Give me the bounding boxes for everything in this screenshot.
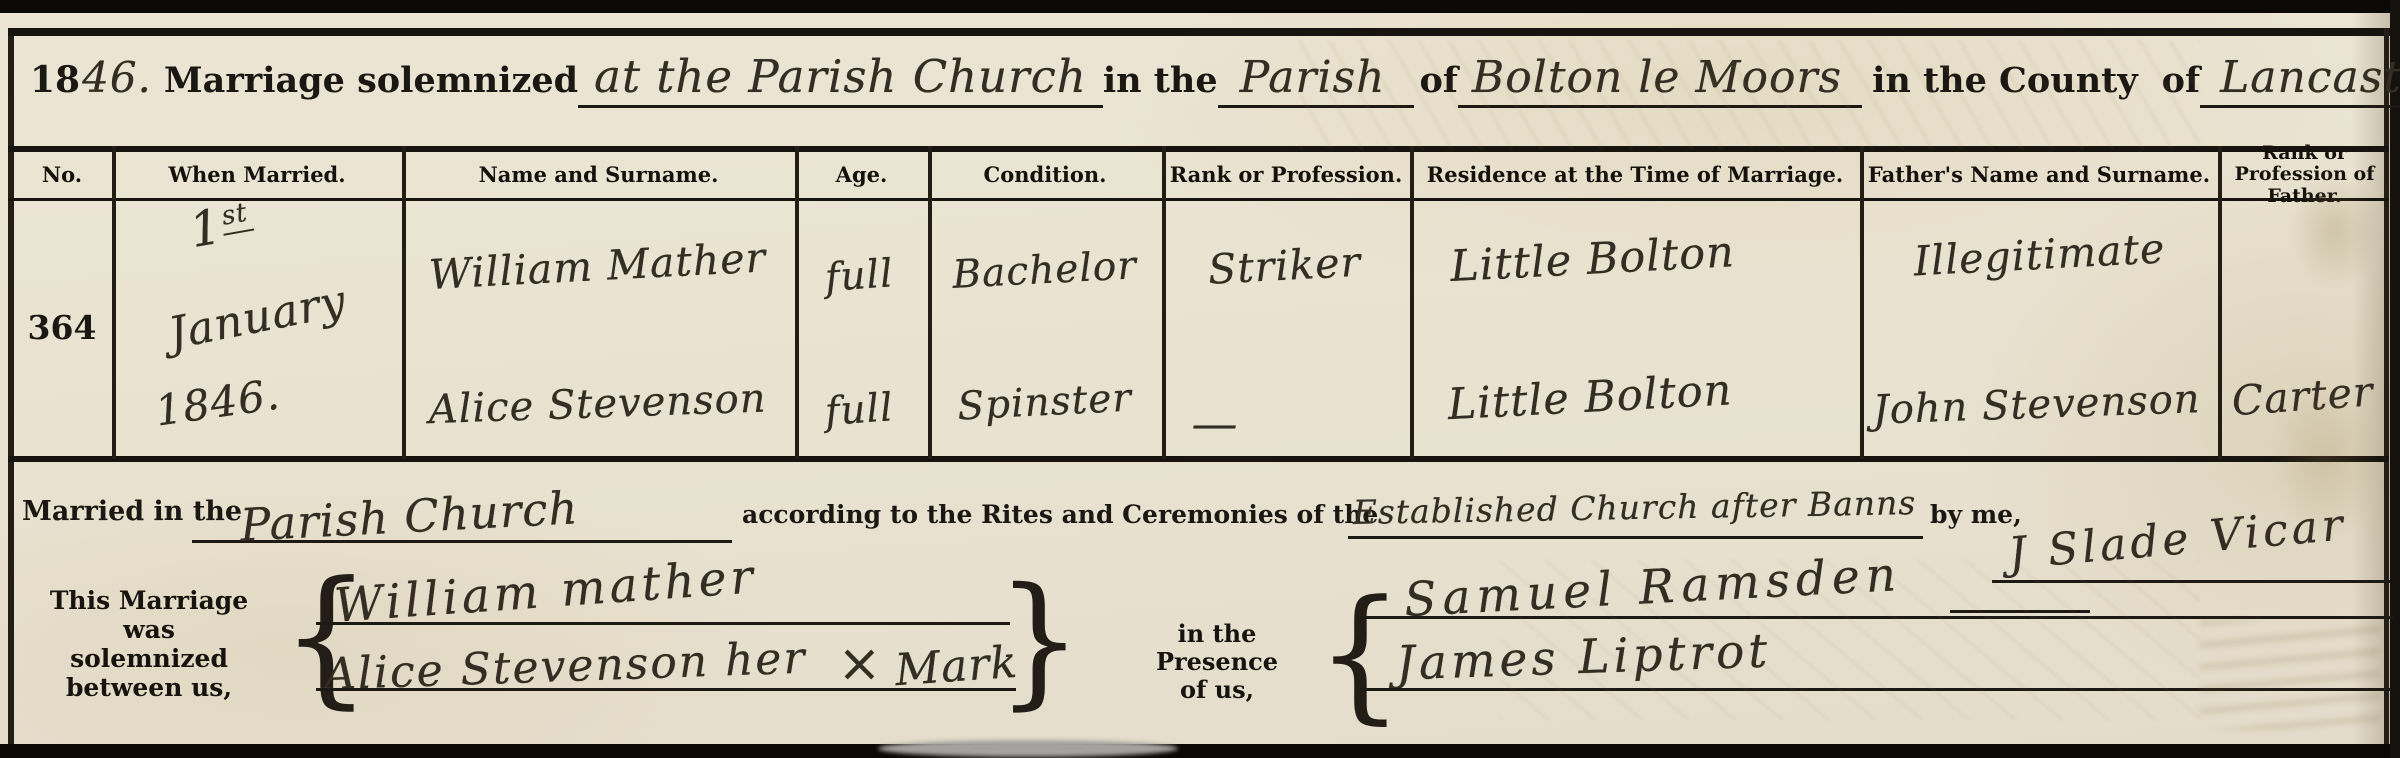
county-handwritten: Lancaster — [2200, 52, 2400, 108]
column-header-father-name: Father's Name and Surname. — [1862, 152, 2216, 198]
stray-short-line — [1950, 610, 2090, 613]
witness-brace: { — [1316, 587, 1404, 721]
married-in-the-text: Married in the — [22, 496, 242, 527]
bride-rank-dash: — — [1150, 396, 1280, 450]
record-number: 364 — [14, 308, 110, 347]
bride-age: full — [794, 383, 925, 437]
marriage-register-scan: 18 46. Marriage solemnized at the Parish… — [0, 0, 2400, 758]
groom-signature-line — [316, 622, 1010, 625]
when-married-day: 1st — [186, 193, 258, 259]
column-header-rank-profession: Rank or Profession. — [1164, 152, 1408, 198]
groom-father-name: Illegitimate — [1863, 222, 2215, 288]
bride-residence: Little Bolton — [1411, 363, 1768, 432]
witness-2-signature: James Liptrot — [1395, 623, 1772, 691]
column-header-no: No. — [14, 152, 110, 198]
bride-condition: Spinster — [930, 374, 1160, 431]
bride-signature-line — [316, 688, 1016, 691]
bride-name: Alice Stevenson — [404, 375, 790, 434]
parish-word-handwritten: Parish — [1218, 52, 1414, 108]
register-header-line: 18 46. Marriage solemnized at the Parish… — [30, 50, 2380, 112]
solemnized-text: Marriage solemnized — [164, 60, 578, 101]
by-me-text: by me, — [1930, 500, 2022, 529]
label-line: between us, — [15, 673, 283, 702]
label-line: was — [15, 615, 283, 644]
groom-age: full — [794, 249, 925, 303]
column-header-condition: Condition. — [930, 152, 1160, 198]
column-header-name-surname: Name and Surname. — [404, 152, 793, 198]
groom-residence: Little Bolton — [1411, 225, 1773, 294]
officiant-signature-line — [1992, 580, 2390, 583]
column-header-father-rank: Rank or Profession of Father. — [2222, 152, 2387, 198]
presence-label: in the Presence of us, — [1128, 620, 1306, 704]
day-ordinal: st — [217, 197, 254, 236]
scan-top-edge — [0, 0, 2400, 13]
scan-right-page-edge — [2390, 0, 2400, 758]
county-label-text: in the County — [1872, 60, 2138, 101]
of-text-2: of — [2162, 60, 2200, 101]
witness-1-line — [1360, 616, 2394, 619]
year-prefix: 18 — [30, 59, 80, 101]
of-text: of — [1420, 60, 1458, 101]
scan-bottom-edge — [0, 744, 2400, 758]
table-record-bottom-rule — [8, 456, 2389, 462]
bleedthrough-mark — [2200, 620, 2380, 730]
bride-father-rank: Carter — [2219, 367, 2387, 426]
marriage-solemnized-label: This Marriage was solemnized between us, — [15, 586, 283, 702]
column-header-residence: Residence at the Time of Marriage. — [1412, 152, 1858, 198]
bride-mark-cross: × — [838, 634, 883, 694]
label-line: Presence — [1128, 648, 1306, 676]
label-line: solemnized — [15, 644, 283, 673]
groom-rank: Striker — [1163, 236, 1405, 296]
column-header-when-married: When Married. — [114, 152, 400, 198]
bride-father-name: John Stevenson — [1858, 376, 2214, 434]
form-top-rule — [8, 28, 2390, 36]
witness-2-line — [1360, 688, 2390, 691]
rites-handwritten: Established Church after Banns — [1352, 483, 1918, 532]
year-handwritten: 46. — [82, 53, 152, 102]
form-right-border — [2384, 28, 2389, 744]
when-married-year: 1846. — [152, 370, 283, 436]
when-married-month: January — [123, 267, 393, 368]
label-line: in the — [1128, 620, 1306, 648]
parish-name-handwritten: Bolton le Moors — [1458, 52, 1862, 108]
rites-blank-underline — [1348, 536, 1923, 539]
column-header-age: Age. — [797, 152, 926, 198]
place-handwritten: at the Parish Church — [578, 50, 1103, 108]
label-line: This Marriage — [15, 586, 283, 615]
officiant-signature: J Slade Vicar — [2006, 499, 2348, 579]
rites-text: according to the Rites and Ceremonies of… — [742, 500, 1378, 529]
label-line: of us, — [1128, 676, 1306, 704]
form-left-border — [8, 28, 14, 744]
scanner-artifact-blob — [878, 740, 1178, 757]
table-header-bottom-rule — [8, 198, 2389, 201]
bride-signature-row: Alice Stevenson her × Mark — [324, 634, 1018, 694]
in-the-text: in the — [1103, 60, 1218, 101]
groom-condition: Bachelor — [930, 242, 1160, 299]
groom-name: William Mather — [407, 232, 787, 300]
